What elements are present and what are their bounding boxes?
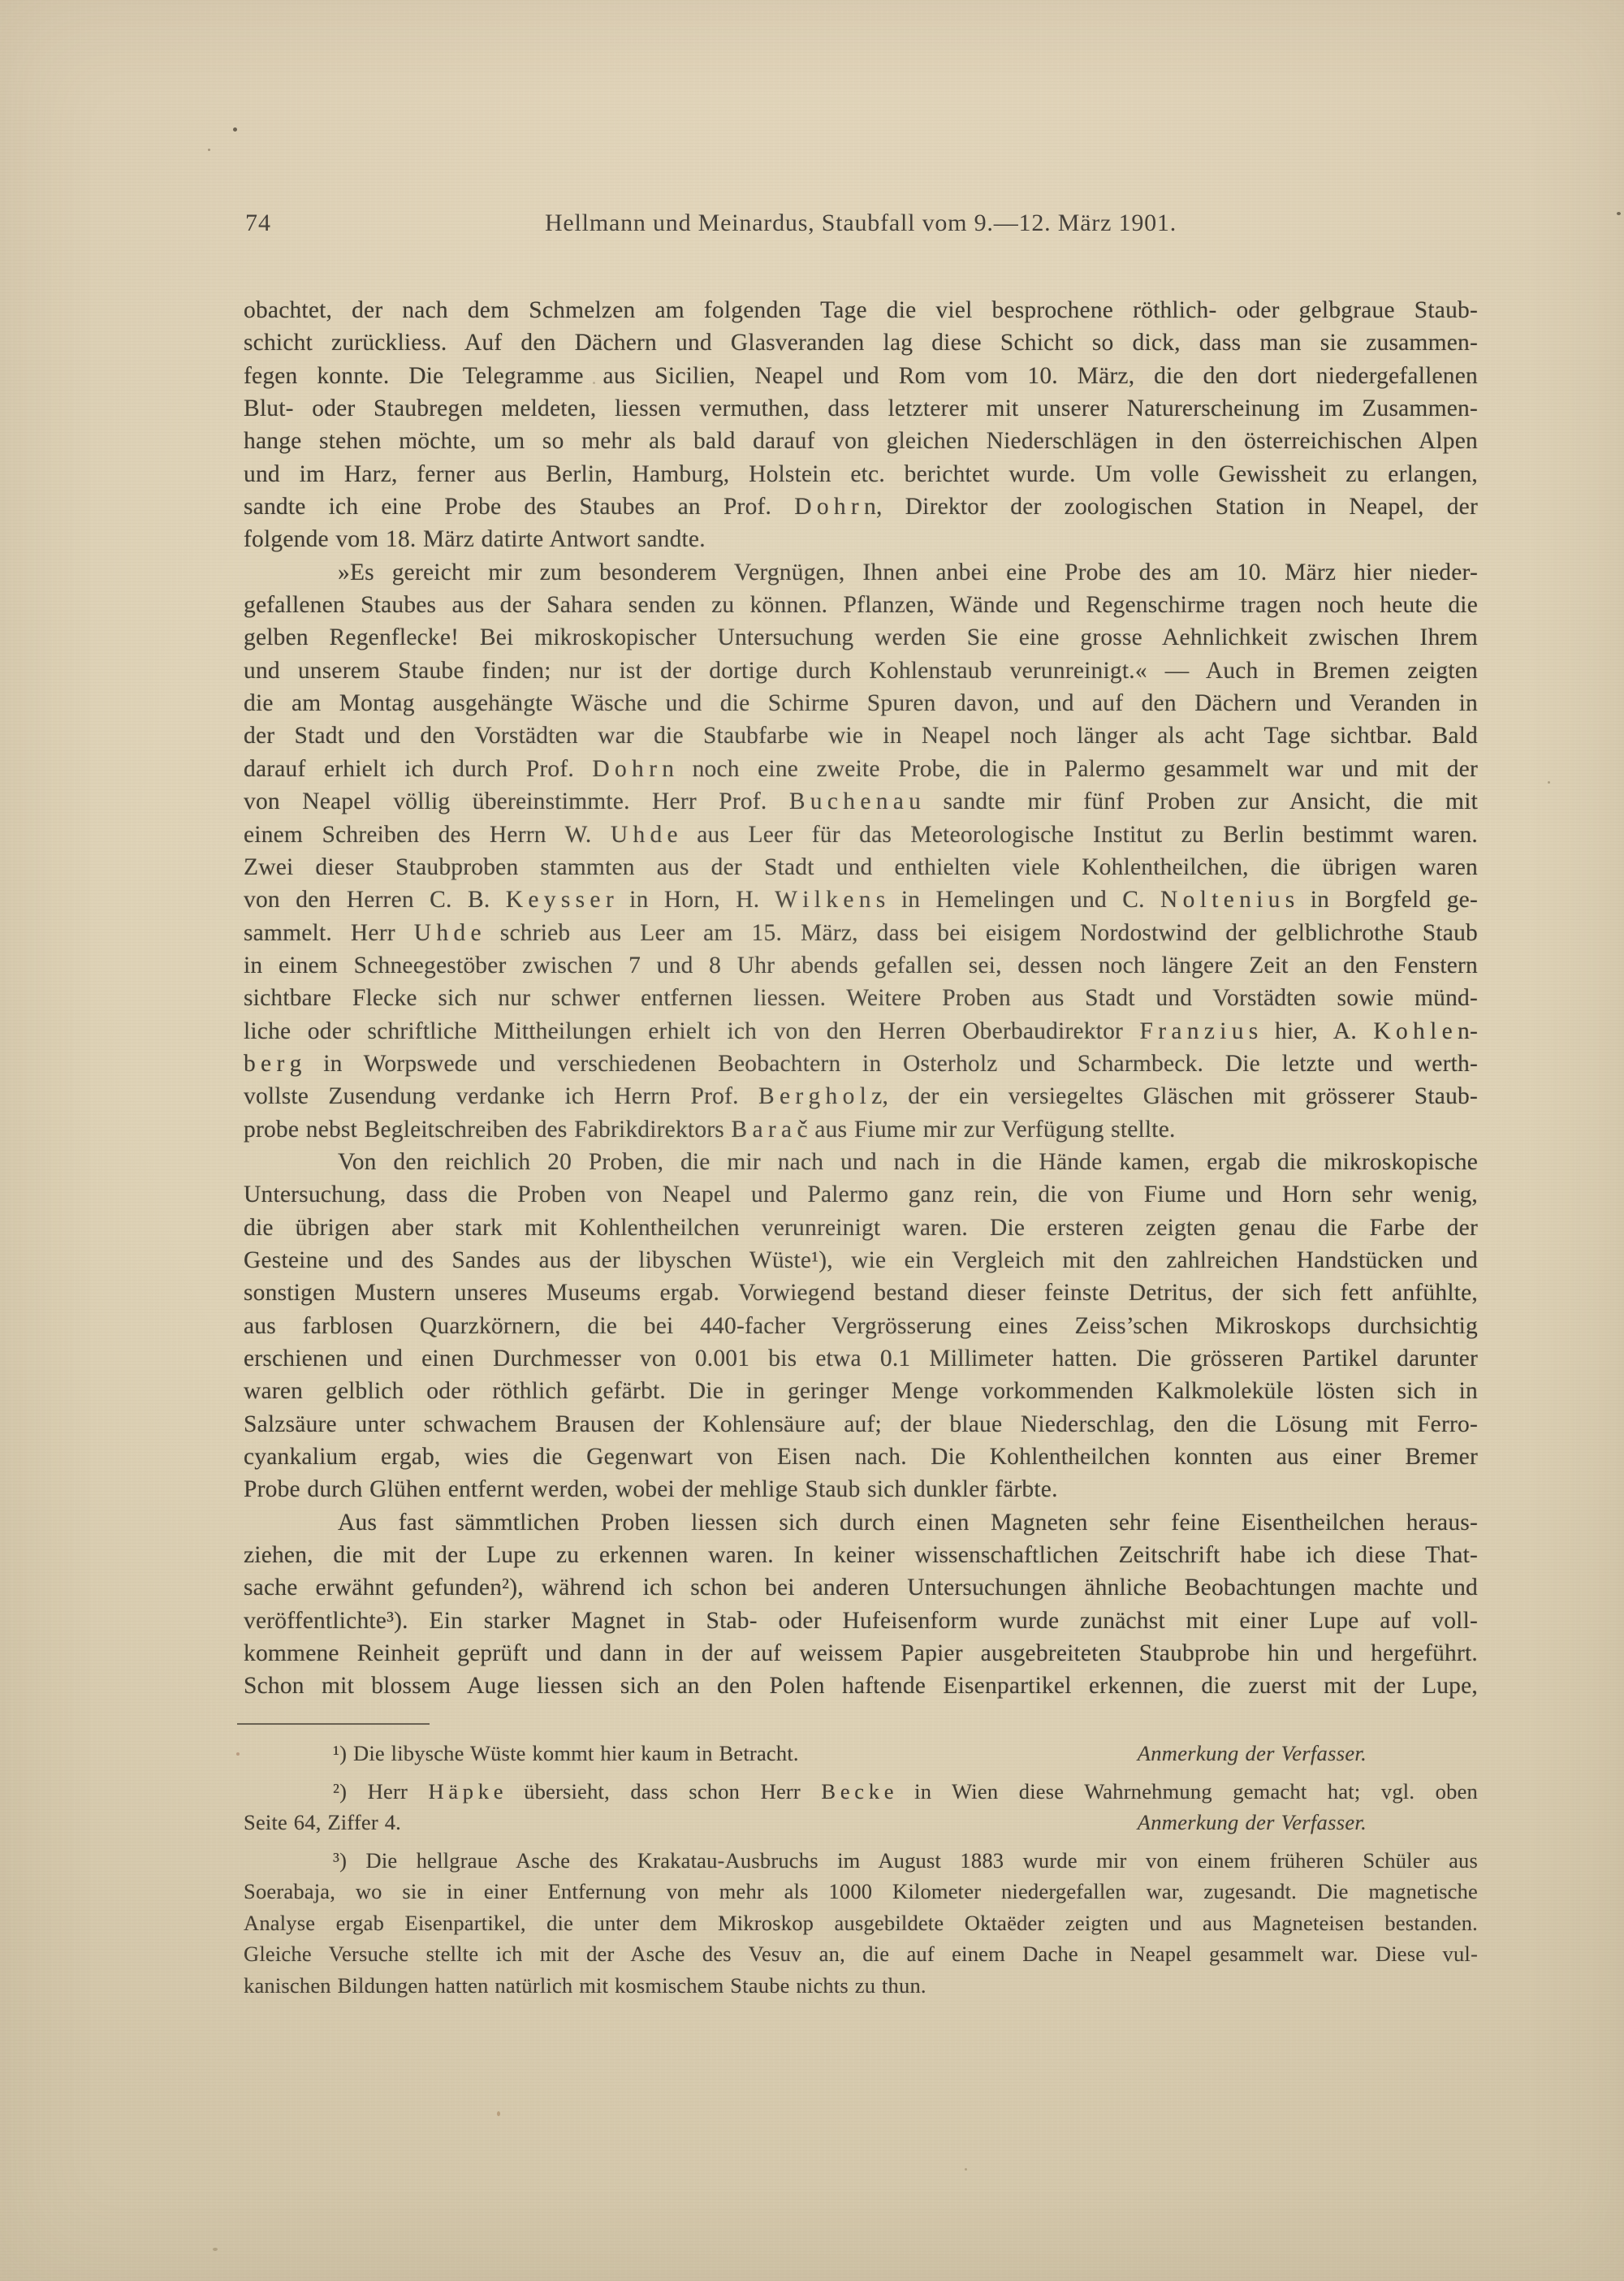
footnote-line: Seite 64, Ziffer 4.Anmerkung der Verfass… — [244, 1807, 1478, 1838]
footnote-attribution: Anmerkung der Verfasser. — [1138, 1738, 1367, 1769]
text-line: aus farblosen Quarzkörnern, die bei 440-… — [244, 1310, 1478, 1342]
text-line: folgende vom 18. März datirte Antwort sa… — [244, 523, 1478, 555]
page-number: 74 — [245, 210, 271, 237]
text-line: veröffentlichte³). Ein starker Magnet in… — [244, 1605, 1478, 1637]
paper-speck — [208, 149, 210, 151]
text-line: vollste Zusendung verdanke ich Herrn Pro… — [244, 1080, 1478, 1112]
text-line: ziehen, die mit der Lupe zu erkennen war… — [244, 1539, 1478, 1571]
paragraph: obachtet, der nach dem Schmelzen am folg… — [244, 294, 1478, 556]
text-line: von den Herren C. B. K e y s s e r in Ho… — [244, 883, 1478, 916]
text-line: sammelt. Herr U h d e schrieb aus Leer a… — [244, 917, 1478, 949]
footnotes-block: ¹) Die libysche Wüste kommt hier kaum in… — [244, 1738, 1478, 2001]
text-line: und unserem Staube finden; nur ist der d… — [244, 654, 1478, 687]
text-line: einem Schreiben des Herrn W. U h d e aus… — [244, 819, 1478, 851]
paper-speck — [236, 1752, 240, 1756]
text-line: b e r g in Worpswede und verschiedenen B… — [244, 1048, 1478, 1080]
footnote-line: Gleiche Versuche stellte ich mit der Asc… — [244, 1938, 1478, 1970]
text-line: Aus fast sämmtlichen Proben liessen sich… — [244, 1506, 1478, 1539]
text-line: Gesteine und des Sandes aus der libysche… — [244, 1244, 1478, 1277]
text-line: in einem Schneegestöber zwischen 7 und 8… — [244, 949, 1478, 982]
footnote: ¹) Die libysche Wüste kommt hier kaum in… — [244, 1738, 1478, 1769]
text-line: fegen konnte. Die Telegramme aus Sicilie… — [244, 360, 1478, 392]
paragraph: »Es gereicht mir zum besonderem Vergnüge… — [244, 556, 1478, 1146]
text-line: Untersuchung, dass die Proben von Neapel… — [244, 1178, 1478, 1211]
text-line: Probe durch Glühen entfernt werden, wobe… — [244, 1473, 1478, 1506]
text-line: kommene Reinheit geprüft und dann in der… — [244, 1637, 1478, 1670]
text-line: erschienen und einen Durchmesser von 0.0… — [244, 1342, 1478, 1375]
text-line: Blut- oder Staubregen meldeten, liessen … — [244, 392, 1478, 425]
text-line: sache erwähnt gefunden²), während ich sc… — [244, 1571, 1478, 1604]
footnote: ³) Die hellgraue Asche des Krakatau-Ausb… — [244, 1845, 1478, 2002]
paper-speck — [1617, 212, 1621, 215]
text-line: »Es gereicht mir zum besonderem Vergnüge… — [244, 556, 1478, 589]
text-line: sandte ich eine Probe des Staubes an Pro… — [244, 490, 1478, 523]
footnote-line: kanischen Bildungen hatten natürlich mit… — [244, 1970, 1478, 2002]
text-line: gefallenen Staubes aus der Sahara senden… — [244, 589, 1478, 621]
running-title: Hellmann und Meinardus, Staubfall vom 9.… — [244, 210, 1478, 237]
text-line: cyankalium ergab, wies die Gegenwart von… — [244, 1441, 1478, 1473]
footnote-separator-rule — [237, 1723, 430, 1725]
text-line: probe nebst Begleitschreiben des Fabrikd… — [244, 1113, 1478, 1146]
text-line: hange stehen möchte, um so mehr als bald… — [244, 425, 1478, 457]
paper-speck — [213, 2248, 218, 2251]
footnote-line: ³) Die hellgraue Asche des Krakatau-Ausb… — [244, 1845, 1478, 1877]
body-text: obachtet, der nach dem Schmelzen am folg… — [244, 294, 1478, 1703]
paper-speck — [965, 2168, 967, 2171]
text-line: Salzsäure unter schwachem Brausen der Ko… — [244, 1408, 1478, 1441]
paper-speck — [497, 2111, 500, 2116]
text-line: sonstigen Mustern unseres Museums ergab.… — [244, 1277, 1478, 1309]
footnote-line: ¹) Die libysche Wüste kommt hier kaum in… — [244, 1738, 1478, 1769]
scanned-paper-page: { "colors": { "paper": "#ded2b6", "ink":… — [0, 0, 1624, 2281]
text-line: der Stadt und den Vorstädten war die Sta… — [244, 719, 1478, 752]
footnote-attribution: Anmerkung der Verfasser. — [1138, 1807, 1367, 1838]
text-line: Von den reichlich 20 Proben, die mir nac… — [244, 1146, 1478, 1178]
paper-speck — [233, 127, 237, 132]
footnote-line: Soerabaja, wo sie in einer Entfernung vo… — [244, 1876, 1478, 1907]
text-line: Zwei dieser Staubproben stammten aus der… — [244, 851, 1478, 883]
footnote-line: ²) Herr H ä p k e übersieht, dass schon … — [244, 1776, 1478, 1808]
text-line: die übrigen aber stark mit Kohlentheilch… — [244, 1212, 1478, 1244]
text-line: darauf erhielt ich durch Prof. D o h r n… — [244, 753, 1478, 785]
text-line: schicht zurückliess. Auf den Dächern und… — [244, 326, 1478, 359]
text-line: die am Montag ausgehängte Wäsche und die… — [244, 687, 1478, 719]
text-line: waren gelblich oder röthlich gefärbt. Di… — [244, 1375, 1478, 1407]
text-line: sichtbare Flecke sich nur schwer entfern… — [244, 982, 1478, 1014]
text-line: gelben Regenflecke! Bei mikroskopischer … — [244, 621, 1478, 654]
paragraph: Aus fast sämmtlichen Proben liessen sich… — [244, 1506, 1478, 1703]
paper-speck — [1548, 781, 1550, 784]
page-header: 74 Hellmann und Meinardus, Staubfall vom… — [244, 210, 1478, 242]
footnote-line: Analyse ergab Eisenpartikel, die unter d… — [244, 1907, 1478, 1939]
paragraph: Von den reichlich 20 Proben, die mir nac… — [244, 1146, 1478, 1506]
text-line: liche oder schriftliche Mittheilungen er… — [244, 1015, 1478, 1048]
text-line: und im Harz, ferner aus Berlin, Hamburg,… — [244, 458, 1478, 490]
footnote: ²) Herr H ä p k e übersieht, dass schon … — [244, 1776, 1478, 1838]
text-line: Schon mit blossem Auge liessen sich an d… — [244, 1670, 1478, 1702]
text-line: obachtet, der nach dem Schmelzen am folg… — [244, 294, 1478, 326]
text-line: von Neapel völlig übereinstimmte. Herr P… — [244, 785, 1478, 818]
